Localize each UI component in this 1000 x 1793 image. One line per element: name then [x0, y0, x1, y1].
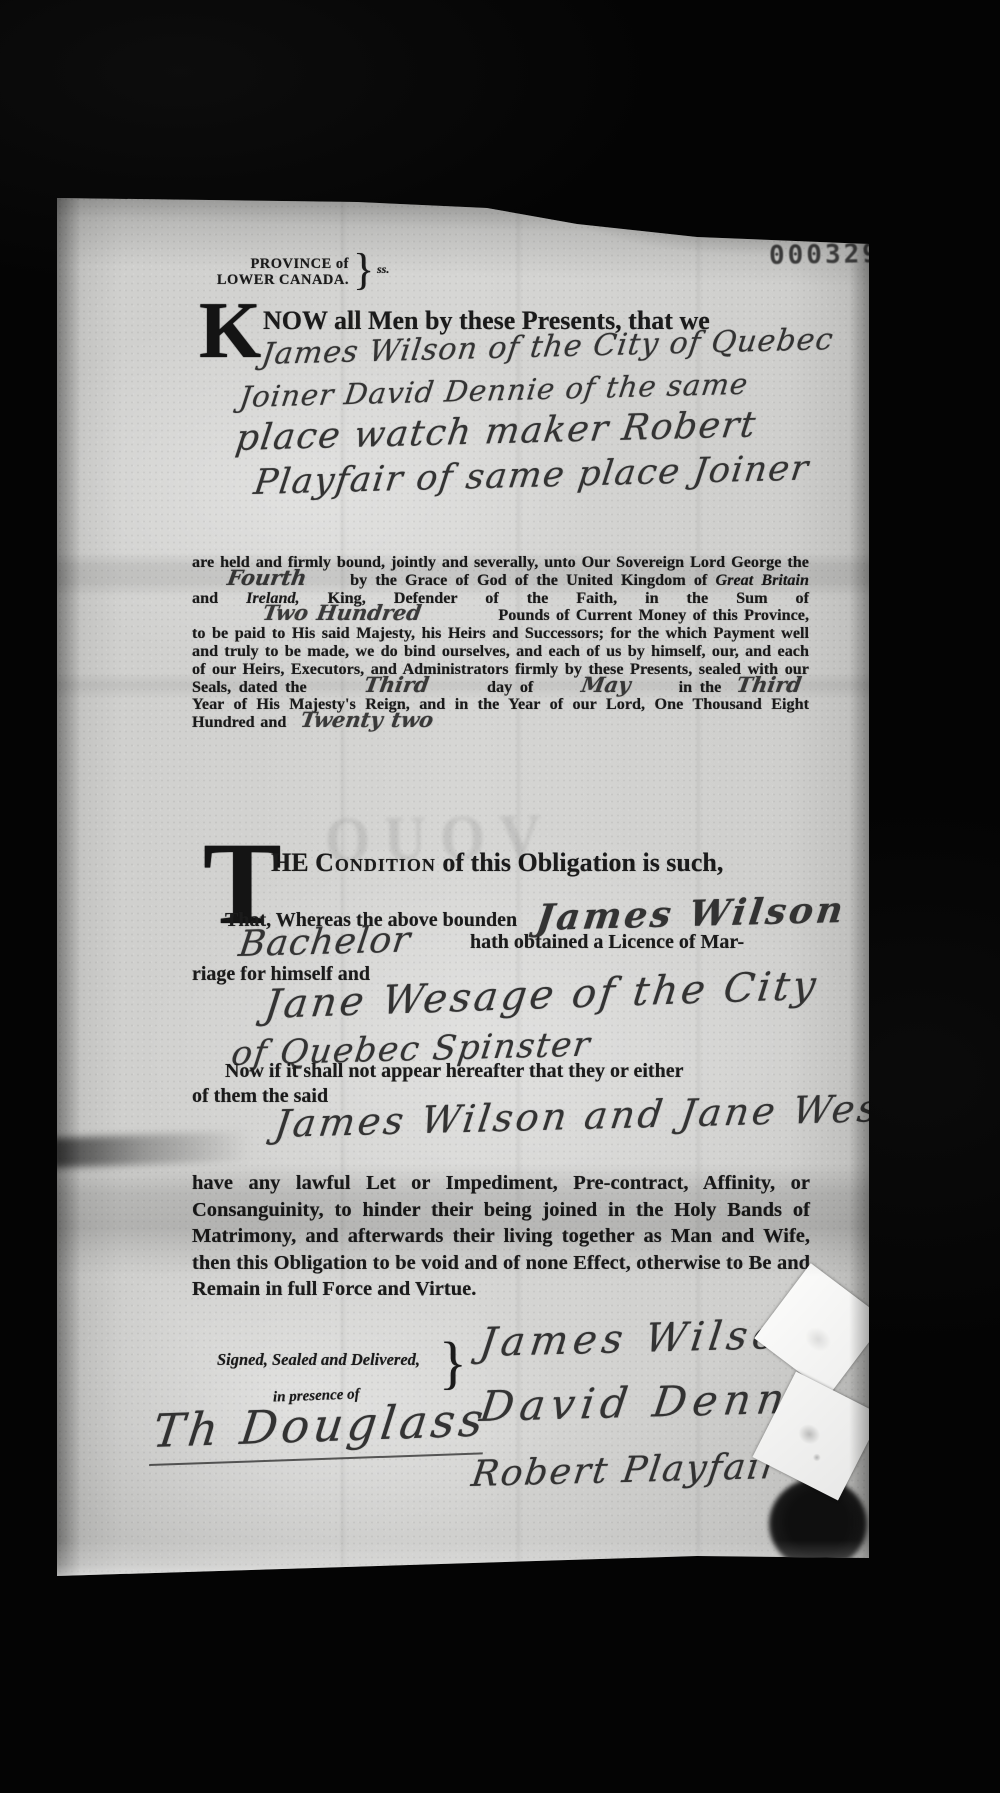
condition-heading-he: HE: [271, 848, 309, 877]
condition-heading-word: Condition: [315, 848, 436, 877]
province-label: PROVINCE of LOWER CANADA.: [195, 256, 349, 288]
ss-abbreviation: ss.: [377, 262, 389, 277]
bound-parties-hand: James Wilson of the City of Quebec Joine…: [227, 334, 828, 506]
photo-background: { "stamp_number": "000329", "header": { …: [0, 0, 1000, 1793]
ink-blot: [769, 1478, 867, 1570]
couple-names-hand: James Wilson and Jane Weson: [272, 1085, 937, 1146]
attestation-line-1: Signed, Sealed and Delivered,: [217, 1350, 420, 1370]
bond-seg-3: and: [192, 589, 218, 607]
condition-heading: HE Condition of this Obligation is such,: [271, 848, 723, 878]
licence-text-1: hath obtained a Licence of Mar-: [470, 931, 744, 953]
province-line-1: PROVINCE of: [195, 256, 349, 272]
condition-heading-rest: of this Obligation is such,: [442, 848, 723, 877]
status-hand: Bachelor: [237, 926, 413, 960]
bond-italic-great-britain: Great Britain: [715, 571, 809, 589]
bond-paragraph: are held and firmly bound, jointly and s…: [192, 554, 809, 732]
groom-name-hand: James Wilson: [536, 905, 846, 923]
impediment-paragraph: have any lawful Let or Impediment, Pre-c…: [192, 1170, 810, 1303]
bond-day-hand: Third: [313, 679, 480, 691]
serial-number-stamp: 000329: [769, 239, 881, 271]
paper-sheet: PROVINCE of LOWER CANADA. } ss. 000329 K…: [57, 182, 869, 1580]
bond-seg-6: day of: [487, 678, 533, 696]
bond-seg-8: Year of His Majesty's Reign, and in the …: [192, 695, 809, 731]
bond-seg-7: in the: [679, 678, 722, 696]
witness-signature: Th Douglass: [149, 1392, 490, 1466]
bond-month-hand: May: [540, 679, 672, 691]
ink-smear: [51, 1130, 287, 1168]
nowif-text-1: Now if it shall not appear hereafter tha…: [225, 1060, 683, 1083]
bond-seg-2: by the Grace of God of the United Kingdo…: [350, 571, 707, 589]
signature-robert-playfair: Robert Playfair: [469, 1446, 783, 1495]
bond-sum-hand: Two Hundred: [191, 607, 493, 619]
attestation-brace: }: [439, 1334, 467, 1392]
bond-year-hand: Twenty two: [291, 714, 443, 726]
king-number-hand: Fourth: [191, 572, 343, 584]
jurisdiction-brace: }: [353, 248, 374, 292]
province-line-2: LOWER CANADA.: [195, 272, 349, 288]
status-licence-line: Bachelor hath obtained a Licence of Mar-: [237, 930, 744, 962]
bond-reign-year-hand: Third: [728, 679, 810, 691]
